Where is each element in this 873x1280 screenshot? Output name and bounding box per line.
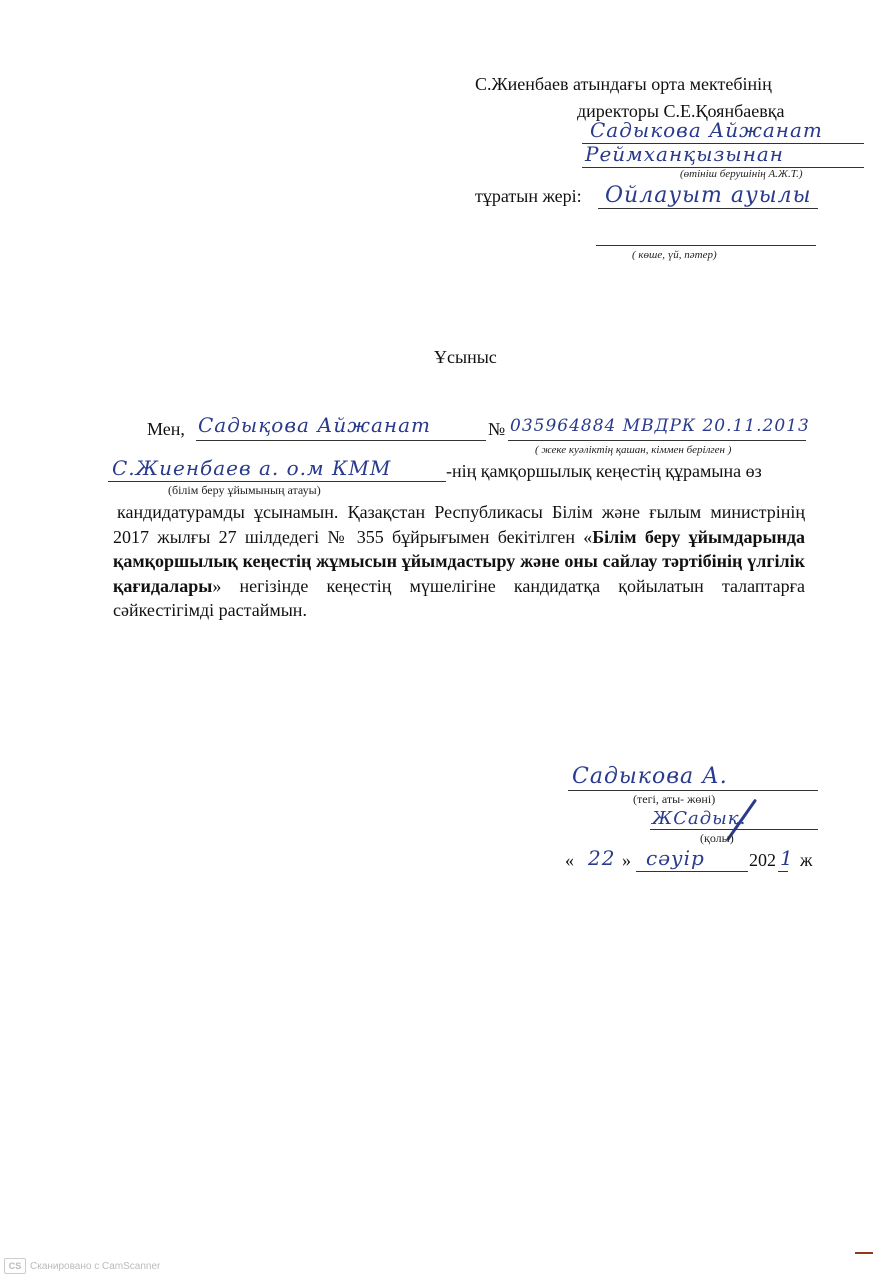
document-title: Ұсыныс <box>434 347 497 368</box>
id-handwritten: 035964884 МВДРК 20.11.2013 <box>510 416 810 436</box>
residence-handwritten: Ойлауыт ауылы <box>605 183 812 208</box>
date-day-handwritten: 22 <box>588 846 615 870</box>
signature-handwritten: ЖСадық. <box>652 808 746 829</box>
signer-name-handwritten: Садыкова А. <box>572 764 728 789</box>
id-label: № <box>488 419 505 440</box>
org-caption: (білім беру ұйымының атауы) <box>168 483 321 498</box>
underline <box>108 481 446 482</box>
date-year-handwritten: 1 <box>780 846 794 870</box>
underline <box>598 208 818 209</box>
residence-label: тұратын жері: <box>475 186 582 207</box>
pen-mark <box>855 1252 873 1254</box>
signer-name-caption: (тегі, аты- жөні) <box>633 792 715 807</box>
signature-caption: (қолы) <box>700 831 734 846</box>
address-caption: ( көше, үй, пәтер) <box>632 249 717 261</box>
underline <box>650 829 818 830</box>
underline <box>778 871 788 872</box>
intro-label: Мен, <box>147 419 185 440</box>
watermark-text: Сканировано с CamScanner <box>30 1261 160 1272</box>
underline <box>508 440 806 441</box>
scanner-watermark: CS Сканировано с CamScanner <box>4 1258 160 1274</box>
camscanner-logo-icon: CS <box>4 1258 26 1274</box>
name-handwritten: Садықова Айжанат <box>198 413 431 437</box>
applicant-name-handwritten-1: Садыкова Айжанат <box>590 118 823 142</box>
org-handwritten: С.Жиенбаев а. о.м КММ <box>112 456 391 480</box>
applicant-name-handwritten-2: Реймханқызынан <box>585 142 784 166</box>
date-quote-open: « <box>565 850 574 871</box>
applicant-caption: (өтініш берушінің А.Ж.Т.) <box>680 168 803 180</box>
org-suffix: -нің қамқоршылық кеңестің құрамына өз <box>446 461 762 482</box>
addressee-line-1: С.Жиенбаев атындағы орта мектебінің <box>475 74 772 95</box>
date-month-handwritten: сәуір <box>646 846 705 870</box>
statement-paragraph: кандидатурамды ұсынамын. Қазақстан Респу… <box>113 500 805 623</box>
underline <box>568 790 818 791</box>
date-quote-close: » <box>622 850 631 871</box>
underline <box>636 871 748 872</box>
date-year-prefix: 202 <box>749 850 776 871</box>
paragraph-text: » негізінде кеңестің мүшелігіне кандидат… <box>113 576 805 621</box>
underline <box>196 440 486 441</box>
address-line <box>596 245 816 246</box>
date-year-suffix: ж <box>800 850 812 871</box>
id-caption: ( жеке куәліктің қашан, кіммен берілген … <box>535 444 731 456</box>
